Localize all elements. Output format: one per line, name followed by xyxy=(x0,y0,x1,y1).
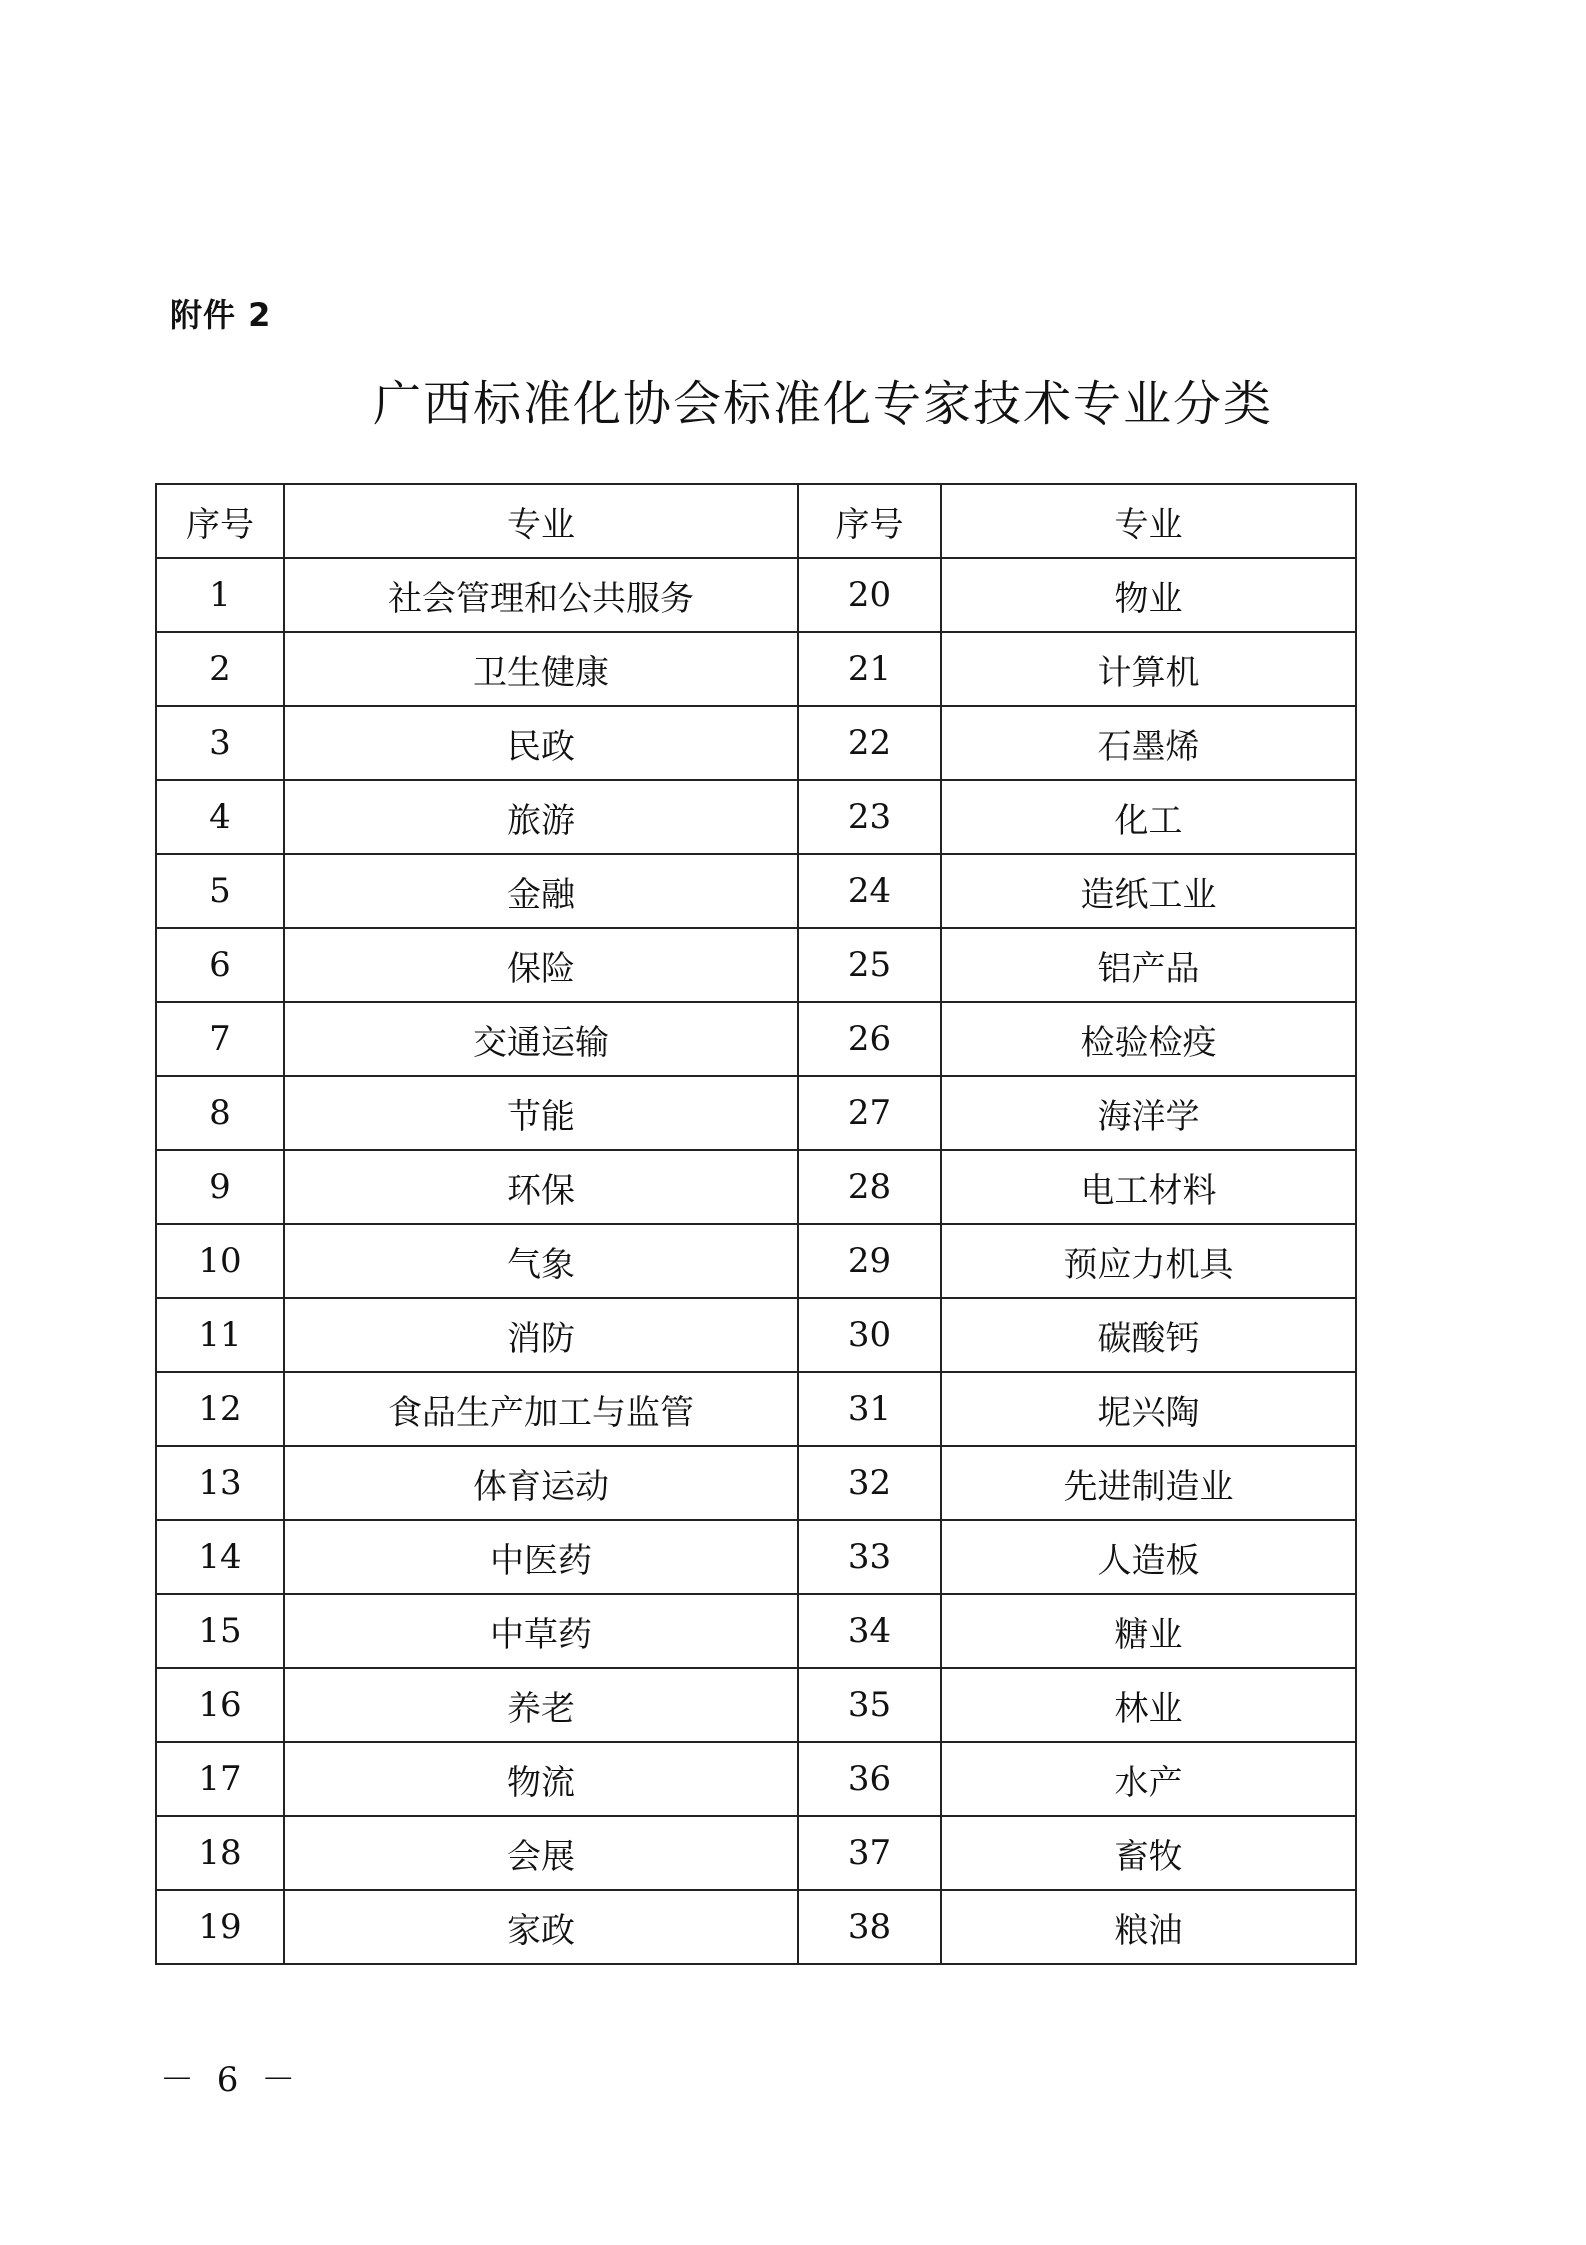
cell-specialty-left: 卫生健康 xyxy=(284,632,798,706)
cell-specialty-right: 糖业 xyxy=(941,1594,1356,1668)
cell-serial-left: 10 xyxy=(156,1224,284,1298)
table-row: 17物流36水产 xyxy=(156,1742,1356,1816)
cell-specialty-left: 中医药 xyxy=(284,1520,798,1594)
table-row: 14中医药33人造板 xyxy=(156,1520,1356,1594)
cell-specialty-right: 粮油 xyxy=(941,1890,1356,1964)
cell-serial-right: 24 xyxy=(798,854,941,928)
cell-specialty-left: 民政 xyxy=(284,706,798,780)
cell-specialty-right: 石墨烯 xyxy=(941,706,1356,780)
cell-serial-right: 20 xyxy=(798,558,941,632)
cell-specialty-right: 造纸工业 xyxy=(941,854,1356,928)
cell-serial-left: 7 xyxy=(156,1002,284,1076)
table-row: 15中草药34糖业 xyxy=(156,1594,1356,1668)
page-number: － 6 － xyxy=(160,2052,301,2101)
table-row: 3民政22石墨烯 xyxy=(156,706,1356,780)
table-row: 4旅游23化工 xyxy=(156,780,1356,854)
cell-serial-left: 14 xyxy=(156,1520,284,1594)
cell-serial-left: 15 xyxy=(156,1594,284,1668)
cell-specialty-left: 物流 xyxy=(284,1742,798,1816)
cell-serial-left: 4 xyxy=(156,780,284,854)
cell-specialty-right: 物业 xyxy=(941,558,1356,632)
cell-serial-right: 31 xyxy=(798,1372,941,1446)
table-row: 16养老35林业 xyxy=(156,1668,1356,1742)
cell-serial-right: 37 xyxy=(798,1816,941,1890)
cell-specialty-right: 检验检疫 xyxy=(941,1002,1356,1076)
cell-serial-right: 32 xyxy=(798,1446,941,1520)
cell-serial-right: 28 xyxy=(798,1150,941,1224)
table-row: 18会展37畜牧 xyxy=(156,1816,1356,1890)
table-row: 13体育运动32先进制造业 xyxy=(156,1446,1356,1520)
cell-specialty-left: 保险 xyxy=(284,928,798,1002)
table-row: 5金融24造纸工业 xyxy=(156,854,1356,928)
cell-serial-left: 18 xyxy=(156,1816,284,1890)
cell-serial-left: 16 xyxy=(156,1668,284,1742)
cell-specialty-right: 林业 xyxy=(941,1668,1356,1742)
cell-specialty-left: 金融 xyxy=(284,854,798,928)
table-row: 9环保28电工材料 xyxy=(156,1150,1356,1224)
table-row: 8节能27海洋学 xyxy=(156,1076,1356,1150)
header-serial-left: 序号 xyxy=(156,484,284,558)
table-header-row: 序号 专业 序号 专业 xyxy=(156,484,1356,558)
cell-specialty-right: 预应力机具 xyxy=(941,1224,1356,1298)
cell-serial-right: 34 xyxy=(798,1594,941,1668)
cell-specialty-left: 交通运输 xyxy=(284,1002,798,1076)
table-row: 19家政38粮油 xyxy=(156,1890,1356,1964)
cell-specialty-right: 计算机 xyxy=(941,632,1356,706)
cell-serial-left: 1 xyxy=(156,558,284,632)
cell-specialty-right: 碳酸钙 xyxy=(941,1298,1356,1372)
cell-specialty-right: 铝产品 xyxy=(941,928,1356,1002)
cell-serial-right: 36 xyxy=(798,1742,941,1816)
cell-serial-right: 22 xyxy=(798,706,941,780)
cell-specialty-left: 节能 xyxy=(284,1076,798,1150)
cell-specialty-left: 养老 xyxy=(284,1668,798,1742)
cell-serial-right: 27 xyxy=(798,1076,941,1150)
cell-serial-right: 26 xyxy=(798,1002,941,1076)
table-row: 1社会管理和公共服务20物业 xyxy=(156,558,1356,632)
table-row: 10气象29预应力机具 xyxy=(156,1224,1356,1298)
cell-serial-left: 9 xyxy=(156,1150,284,1224)
cell-specialty-left: 环保 xyxy=(284,1150,798,1224)
cell-serial-right: 30 xyxy=(798,1298,941,1372)
cell-specialty-left: 消防 xyxy=(284,1298,798,1372)
cell-serial-right: 21 xyxy=(798,632,941,706)
header-serial-right: 序号 xyxy=(798,484,941,558)
cell-specialty-left: 食品生产加工与监管 xyxy=(284,1372,798,1446)
cell-serial-left: 11 xyxy=(156,1298,284,1372)
header-specialty-left: 专业 xyxy=(284,484,798,558)
cell-specialty-right: 畜牧 xyxy=(941,1816,1356,1890)
table-row: 12食品生产加工与监管31坭兴陶 xyxy=(156,1372,1356,1446)
cell-serial-left: 2 xyxy=(156,632,284,706)
cell-specialty-left: 中草药 xyxy=(284,1594,798,1668)
cell-specialty-right: 电工材料 xyxy=(941,1150,1356,1224)
cell-serial-right: 29 xyxy=(798,1224,941,1298)
cell-serial-right: 38 xyxy=(798,1890,941,1964)
document-title: 广西标准化协会标准化专家技术专业分类 xyxy=(0,365,1586,434)
cell-specialty-left: 气象 xyxy=(284,1224,798,1298)
cell-serial-right: 33 xyxy=(798,1520,941,1594)
cell-specialty-left: 会展 xyxy=(284,1816,798,1890)
cell-specialty-right: 坭兴陶 xyxy=(941,1372,1356,1446)
cell-specialty-right: 海洋学 xyxy=(941,1076,1356,1150)
specialty-table: 序号 专业 序号 专业 1社会管理和公共服务20物业2卫生健康21计算机3民政2… xyxy=(155,483,1357,1965)
cell-specialty-right: 化工 xyxy=(941,780,1356,854)
cell-serial-left: 17 xyxy=(156,1742,284,1816)
cell-serial-left: 19 xyxy=(156,1890,284,1964)
header-specialty-right: 专业 xyxy=(941,484,1356,558)
cell-serial-right: 35 xyxy=(798,1668,941,1742)
cell-serial-right: 23 xyxy=(798,780,941,854)
cell-serial-left: 5 xyxy=(156,854,284,928)
table-row: 11消防30碳酸钙 xyxy=(156,1298,1356,1372)
cell-serial-left: 12 xyxy=(156,1372,284,1446)
table-row: 2卫生健康21计算机 xyxy=(156,632,1356,706)
cell-specialty-right: 人造板 xyxy=(941,1520,1356,1594)
cell-serial-left: 8 xyxy=(156,1076,284,1150)
cell-serial-right: 25 xyxy=(798,928,941,1002)
table-row: 6保险25铝产品 xyxy=(156,928,1356,1002)
cell-specialty-left: 体育运动 xyxy=(284,1446,798,1520)
attachment-label: 附件 2 xyxy=(170,290,271,336)
cell-serial-left: 3 xyxy=(156,706,284,780)
table-row: 7交通运输26检验检疫 xyxy=(156,1002,1356,1076)
cell-specialty-right: 水产 xyxy=(941,1742,1356,1816)
cell-specialty-right: 先进制造业 xyxy=(941,1446,1356,1520)
cell-specialty-left: 社会管理和公共服务 xyxy=(284,558,798,632)
cell-specialty-left: 家政 xyxy=(284,1890,798,1964)
cell-serial-left: 13 xyxy=(156,1446,284,1520)
cell-specialty-left: 旅游 xyxy=(284,780,798,854)
cell-serial-left: 6 xyxy=(156,928,284,1002)
